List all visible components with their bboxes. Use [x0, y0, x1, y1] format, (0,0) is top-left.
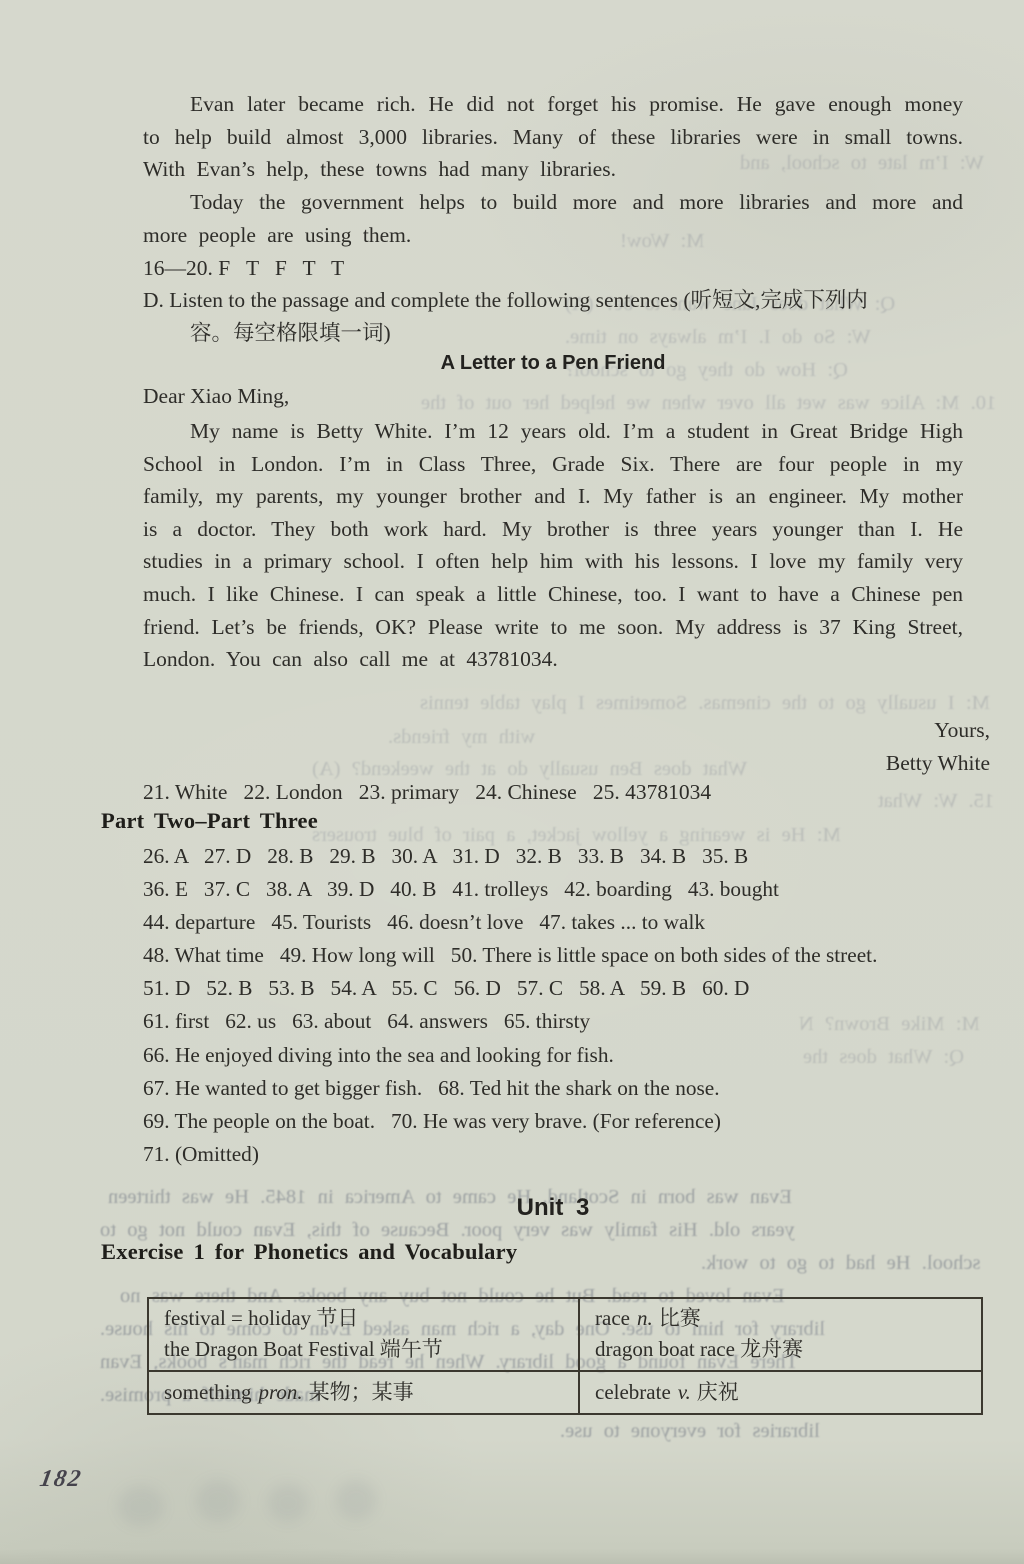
vocab-translation: 某物；某事	[309, 1380, 414, 1404]
unit-3-heading: Unit 3	[143, 1194, 963, 1222]
vocab-entry: somethingpron.某物；某事	[164, 1375, 572, 1409]
part-of-speech: v.	[671, 1380, 697, 1404]
vocab-cell-celebrate: celebratev.庆祝	[580, 1372, 981, 1413]
bleed-through-text: school. He had to go to work.	[701, 1252, 980, 1275]
letter-salutation: Dear Xiao Ming,	[143, 380, 289, 413]
answer-line: 36. E 37. C 38. A 39. D 40. B 41. trolle…	[143, 873, 1003, 906]
letter-closing: Yours,	[143, 714, 990, 747]
answer-line: 51. D 52. B 53. B 54. A 55. C 56. D 57. …	[143, 972, 1003, 1005]
vocab-translation: 比赛	[659, 1306, 701, 1330]
letter-signoff: Yours, Betty White	[143, 714, 990, 780]
item-d-line2: 容。每空格限填一词)	[143, 317, 983, 350]
vocab-word: something	[164, 1380, 252, 1404]
part-of-speech: n.	[630, 1306, 659, 1330]
scanned-workbook-page: W: I’m late to school, and M: Wow! Q: Wh…	[0, 0, 1024, 1564]
vocab-cell-something: somethingpron.某物；某事	[149, 1372, 580, 1413]
vocab-entry: dragon boat race 龙舟赛	[595, 1334, 975, 1365]
item-d-line1: D. Listen to the passage and complete th…	[143, 284, 983, 317]
answer-line: 67. He wanted to get bigger fish. 68. Te…	[143, 1072, 1003, 1105]
paragraph-evan-rich: Evan later became rich. He did not forge…	[143, 88, 963, 186]
page-number: 182	[38, 1466, 85, 1493]
vocab-table-row: somethingpron.某物；某事 celebratev.庆祝	[149, 1372, 981, 1413]
vocab-word: celebrate	[595, 1380, 671, 1404]
answers-16-20: 16—20. F T F T T	[143, 252, 344, 285]
bleed-through-text: 10. M: Alice was wet all over when we he…	[421, 392, 996, 415]
answer-line: 61. first 62. us 63. about 64. answers 6…	[143, 1005, 1003, 1038]
answer-line: 71. (Omitted)	[143, 1138, 1003, 1171]
vocab-entry: celebratev.庆祝	[595, 1375, 975, 1409]
section-heading-part-two-three: Part Two–Part Three	[101, 808, 318, 834]
paper-stain	[196, 1480, 240, 1522]
answer-line: 48. What time 49. How long will 50. Ther…	[143, 939, 1003, 972]
answer-line: 44. departure 45. Tourists 46. doesn’t l…	[143, 906, 1003, 939]
vocab-table-row: festival = holiday 节日 the Dragon Boat Fe…	[149, 1299, 981, 1372]
vocab-word: race	[595, 1306, 630, 1330]
answer-line: 66. He enjoyed diving into the sea and l…	[143, 1039, 1003, 1072]
vocab-entry: festival = holiday 节日	[164, 1303, 572, 1334]
vocab-entry: the Dragon Boat Festival 端午节	[164, 1334, 572, 1365]
vocab-cell-race: racen.比赛 dragon boat race 龙舟赛	[580, 1299, 981, 1370]
paper-stain	[268, 1484, 308, 1522]
vocab-translation: 庆祝	[697, 1380, 739, 1404]
part-of-speech: pron.	[252, 1380, 309, 1404]
bleed-through-text: libraries for everyone to use.	[560, 1420, 820, 1443]
answer-line: 69. The people on the boat. 70. He was v…	[143, 1105, 1003, 1138]
answer-block: 26. A 27. D 28. B 29. B 30. A 31. D 32. …	[143, 840, 1003, 1171]
bleed-through-text: 15. W: What	[878, 790, 994, 813]
paper-stain	[118, 1486, 164, 1526]
bleed-through-text: M: I usually go to the cinemas. Sometime…	[420, 692, 990, 715]
vocab-cell-festival: festival = holiday 节日 the Dragon Boat Fe…	[149, 1299, 580, 1370]
item-d-instruction: D. Listen to the passage and complete th…	[143, 284, 983, 349]
vocab-entry: racen.比赛	[595, 1303, 975, 1334]
letter-body: My name is Betty White. I’m 12 years old…	[143, 415, 963, 676]
exercise-1-heading: Exercise 1 for Phonetics and Vocabulary	[101, 1239, 517, 1265]
answer-line: 26. A 27. D 28. B 29. B 30. A 31. D 32. …	[143, 840, 1003, 873]
vocab-table: festival = holiday 节日 the Dragon Boat Fe…	[147, 1297, 983, 1415]
paper-stain	[336, 1480, 376, 1520]
letter-title: A Letter to a Pen Friend	[143, 352, 963, 375]
paragraph-government: Today the government helps to build more…	[143, 186, 963, 251]
answers-21-25: 21. White 22. London 23. primary 24. Chi…	[143, 776, 711, 809]
